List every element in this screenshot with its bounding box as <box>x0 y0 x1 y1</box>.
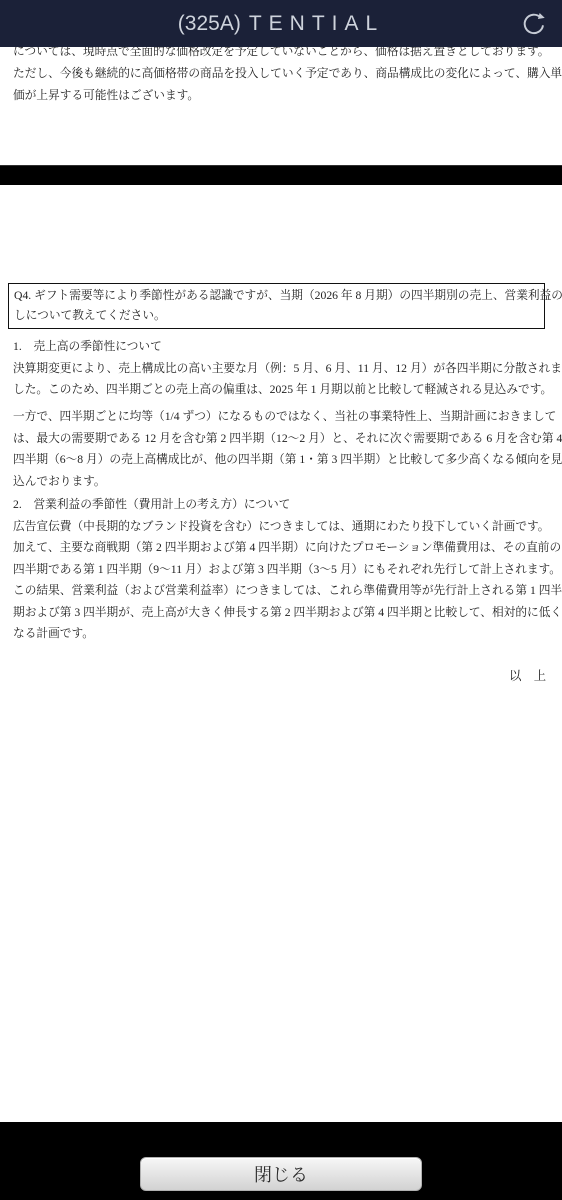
section-heading: 1. 売上高の季節性について <box>13 336 548 358</box>
app-screen: { "header": { "code": "(325A)", "brand":… <box>0 0 562 1200</box>
body-line: なる計画です。 <box>13 623 548 645</box>
top-paragraph-line: 価が上昇する可能性はございます。 <box>13 85 548 107</box>
section-profit-seasonality: 2. 営業利益の季節性（費用計上の考え方）について 広告宣伝費（中長期的なブラン… <box>13 494 548 645</box>
body-line: この結果、営業利益（および営業利益率）につきましては、これら準備費用等が先行計上… <box>13 580 548 602</box>
body-line: 四半期である第 1 四半期（9～11 月）および第 3 四半期（3～5 月）にも… <box>13 559 548 581</box>
footer-bar: 閉じる <box>0 1122 562 1200</box>
page-separator <box>0 165 562 185</box>
section-heading: 2. 営業利益の季節性（費用計上の考え方）について <box>13 494 548 516</box>
page-title: (325A)TENTIAL <box>178 12 384 36</box>
question-box: Q4. ギフト需要等により季節性がある認識ですが、当期（2026 年 8 月期）… <box>8 283 545 329</box>
section-sales-seasonality-para2: 一方で、四半期ごとに均等（1/4 ずつ）になるものではなく、当社の事業特性上、当… <box>13 406 548 492</box>
question-line: Q4. ギフト需要等により季節性がある認識ですが、当期（2026 年 8 月期）… <box>14 286 539 306</box>
stock-code: (325A) <box>178 12 241 35</box>
body-line: 期および第 3 四半期が、売上高が大きく伸長する第 2 四半期および第 4 四半… <box>13 602 548 624</box>
closing-text: 以 上 <box>13 666 546 688</box>
body-line: した。このため、四半期ごとの売上高の偏重は、2025 年 1 月期以前と比較して… <box>13 379 548 401</box>
question-line: しについて教えてください。 <box>14 306 539 326</box>
top-paragraph-line: ただし、今後も継続的に高価格帯の商品を投入していく予定であり、商品構成比の変化に… <box>13 63 548 85</box>
body-line: 広告宣伝費（中長期的なブランド投資を含む）につきましては、通期にわたり投下してい… <box>13 516 548 538</box>
app-header: (325A)TENTIAL <box>0 0 562 47</box>
body-line: 込んでおります。 <box>13 471 548 493</box>
close-button[interactable]: 閉じる <box>140 1157 422 1191</box>
top-paragraph: については、現時点で全面的な価格改定を予定していないことから、価格は据え置きとし… <box>13 41 548 107</box>
refresh-icon[interactable] <box>520 10 548 38</box>
body-line: は、最大の需要期である 12 月を含む第 2 四半期（12～2 月）と、それに次… <box>13 428 548 450</box>
body-line: 一方で、四半期ごとに均等（1/4 ずつ）になるものではなく、当社の事業特性上、当… <box>13 406 548 428</box>
brand-name: TENTIAL <box>249 12 384 35</box>
body-line: 四半期（6～8 月）の売上高構成比が、他の四半期（第 1・第 3 四半期）と比較… <box>13 449 548 471</box>
section-sales-seasonality: 1. 売上高の季節性について 決算期変更により、売上構成比の高い主要な月（例：5… <box>13 336 548 401</box>
body-line: 加えて、主要な商戦期（第 2 四半期および第 4 四半期）に向けたプロモーション… <box>13 537 548 559</box>
body-line: 決算期変更により、売上構成比の高い主要な月（例：5 月、6 月、11 月、12 … <box>13 358 548 380</box>
